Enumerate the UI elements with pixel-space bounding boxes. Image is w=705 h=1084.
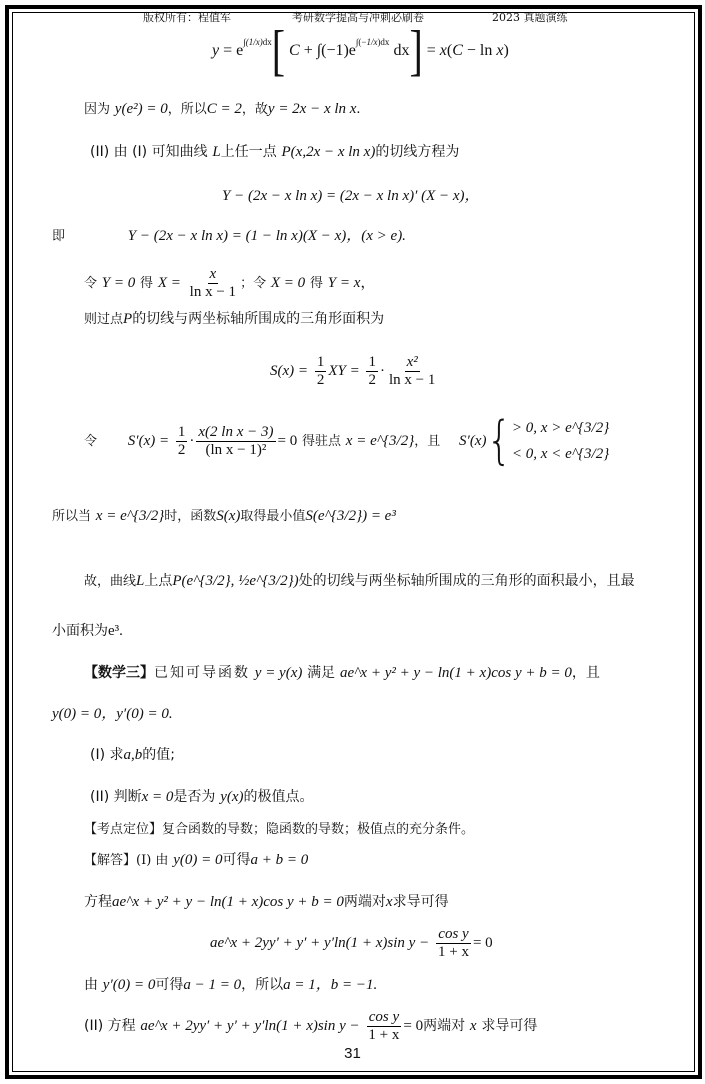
question-part-2: (II) 判断x = 0是否为 y(x)的极值点。 [90,786,314,807]
text-line-min-area: 小面积为e³. [52,620,123,641]
text-line-area-intro: 则过点P的切线与两坐标轴所围成的三角形面积为 [84,308,384,330]
page-border-inner [12,12,695,1072]
text-line-intercepts: 令 Y = 0 得 X = xln x − 1；令 X = 0 得 Y = x， [84,262,375,304]
text-line-part2-intro: (II) 由 (I) 可知曲线 L上任一点 P(x,2x − x ln x)的切… [90,141,459,162]
text-line-tangent-simplified: 即 Y − (2x − x ln x) = (1 − ln x)(X − x)，… [52,225,406,247]
equation-derivative: ae^x + 2yy′ + y′ + y′ln(1 + x)sin y − co… [210,922,493,963]
header-copyright: 版权所有：程值军 [143,9,231,25]
knowledge-points: 【考点定位】复合函数的导数；隐函数的导数；极值点的充分条件。 [84,818,474,840]
text-line-ab-values: 由 y′(0) = 0可得a − 1 = 0，所以a = 1，b = −1. [84,974,377,995]
page-number: 31 [0,1045,705,1062]
text-line-c-value: 因为 y(e²) = 0，所以C = 2，故y = 2x − x ln x. [84,98,360,120]
header-book-title: 考研数学提高与冲刺必刷卷 [292,9,424,25]
answer-part-1: 【解答】(I) 由 y(0) = 0可得a + b = 0 [84,849,308,871]
equation-solution: y = e∫(1/x)dx[ C + ∫(−1)e∫(−1/x)dx dx] =… [212,32,509,66]
equation-area: S(x) = 12XY = 12·x²ln x − 1 [270,348,439,393]
text-line-conclusion: 故，曲线L上点P(e^{3/2}, ½e^{3/2})处的切线与两坐标轴所围成的… [84,570,635,592]
text-line-minimum: 所以当 x = e^{3/2}时，函数S(x)取得最小值S(e^{3/2}) =… [52,505,396,527]
text-line-differentiate: 方程ae^x + y² + y − ln(1 + x)cos y + b = 0… [84,891,449,912]
question-statement: 【数学三】已知可导函数 y = y(x) 满足 ae^x + y² + y − … [84,662,600,683]
answer-part-2: (II) 方程 ae^x + 2yy′ + y′ + y′ln(1 + x)si… [84,1005,537,1046]
question-conditions: y(0) = 0，y′(0) = 0. [52,704,173,724]
header-section: 2023 真题演练 [492,9,568,25]
equation-tangent: Y − (2x − x ln x) = (2x − x ln x)′ (X − … [222,186,480,206]
question-label: 【数学三】 [84,665,154,681]
question-part-1: (I) 求a,b的值; [90,744,175,765]
text-line-derivative: 令 S′(x) = 12·x(2 ln x − 3)(ln x − 1)²= 0… [84,415,609,467]
